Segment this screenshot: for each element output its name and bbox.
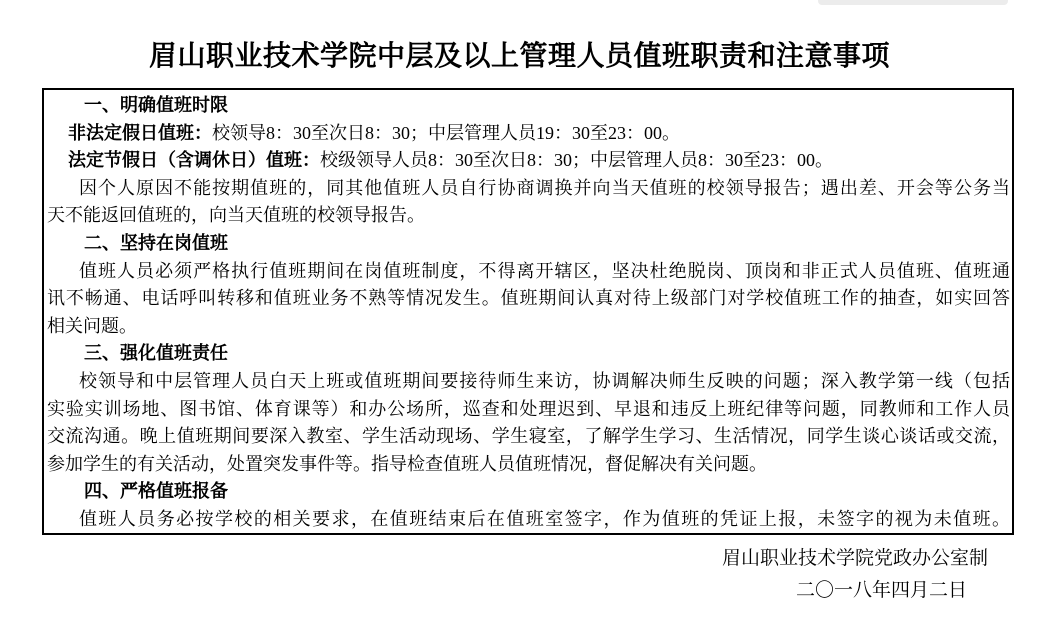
section-2-paragraph-line-1: 值班人员必须严格执行值班期间在岗值班制度，不得离开辖区，坚决杜绝脱岗、顶岗和非正… (47, 258, 1010, 286)
section-4-paragraph-line-1: 值班人员务必按学校的相关要求，在值班结束后在值班室签字，作为值班的凭证上报，未签… (47, 506, 1010, 534)
notice-box: 一、明确值班时限 非法定假日值班：校领导8：30至次日8：30；中层管理人员19… (42, 88, 1014, 535)
section-1-rule-2: 法定节假日（含调休日）值班：校级领导人员8：30至次日8：30；中层管理人员8：… (47, 147, 1010, 175)
top-edge-ui-artifact (818, 0, 1008, 5)
section-3-heading: 三、强化值班责任 (47, 340, 1010, 368)
section-3-paragraph-line-2: 实验实训场地、图书馆、体育课等）和办公场所，巡查和处理迟到、早退和违反上班纪律等… (47, 396, 1010, 424)
section-2-paragraph-line-3: 相关问题。 (47, 313, 1010, 341)
section-1-rule-1-text: 校领导8：30至次日8：30；中层管理人员19：30至23：00。 (212, 123, 680, 143)
document-page: 眉山职业技术学院中层及以上管理人员值班职责和注意事项 一、明确值班时限 非法定假… (0, 0, 1039, 629)
issuer-line: 眉山职业技术学院党政办公室制 (722, 543, 988, 575)
section-1-rule-1: 非法定假日值班：校领导8：30至次日8：30；中层管理人员19：30至23：00… (47, 120, 1010, 148)
section-4-heading: 四、严格值班报备 (47, 478, 1010, 506)
section-1-heading: 一、明确值班时限 (47, 92, 1010, 120)
document-title: 眉山职业技术学院中层及以上管理人员值班职责和注意事项 (0, 34, 1039, 74)
section-3-paragraph-line-3: 交流沟通。晚上值班期间要深入教室、学生活动现场、学生寝室，了解学生学习、生活情况… (47, 423, 1010, 451)
section-1-paragraph-line-2: 天不能返回值班的，向当天值班的校领导报告。 (47, 202, 1010, 230)
section-2-heading: 二、坚持在岗值班 (47, 230, 1010, 258)
section-3-paragraph-line-1: 校领导和中层管理人员白天上班或值班期间要接待师生来访，协调解决师生反映的问题；深… (47, 368, 1010, 396)
date-line: 二〇一八年四月二日 (722, 575, 988, 607)
section-1-rule-2-text: 校级领导人员8：30至次日8：30；中层管理人员8：30至23：00。 (320, 150, 833, 170)
section-2-paragraph-line-2: 讯不畅通、电话呼叫转移和值班业务不熟等情况发生。值班期间认真对待上级部门对学校值… (47, 285, 1010, 313)
section-1-rule-1-label: 非法定假日值班： (68, 123, 212, 143)
section-1-paragraph-line-1: 因个人原因不能按期值班的，同其他值班人员自行协商调换并向当天值班的校领导报告；遇… (47, 175, 1010, 203)
section-1-rule-2-label: 法定节假日（含调休日）值班： (68, 150, 320, 170)
signature-block: 眉山职业技术学院党政办公室制 二〇一八年四月二日 (722, 543, 988, 607)
section-3-paragraph-line-4: 参加学生的有关活动，处置突发事件等。指导检查值班人员值班情况，督促解决有关问题。 (47, 451, 1010, 479)
